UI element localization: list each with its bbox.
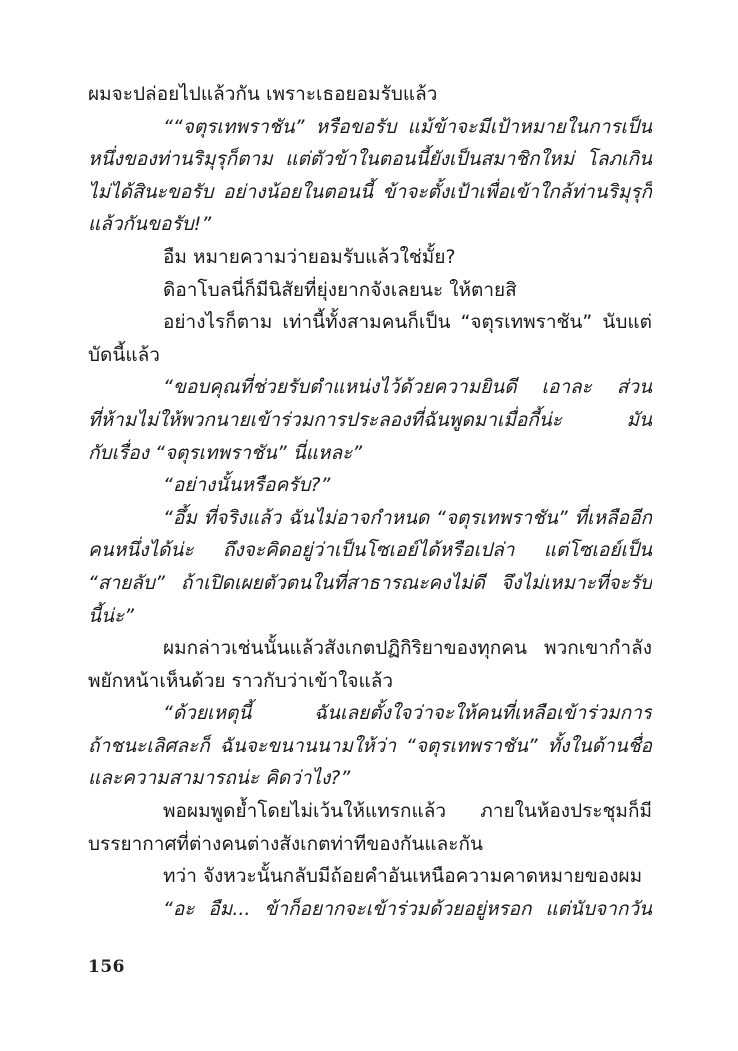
text-line: “อย่างนั้นหรือครับ?” bbox=[88, 469, 652, 502]
text-line: ไม่ได้สินะขอรับ อย่างน้อยในตอนนี้ ข้าจะต… bbox=[88, 176, 652, 209]
text-line: และความสามารถน่ะ คิดว่าไง?” bbox=[88, 762, 652, 795]
text-line: บรรยากาศที่ต่างคนต่างสังเกตท่าทีของกันแล… bbox=[88, 828, 652, 861]
text-line: บัดนี้แล้ว bbox=[88, 339, 652, 372]
text-line: อย่างไรก็ตาม เท่านี้ทั้งสามคนก็เป็น “จตุ… bbox=[88, 306, 652, 339]
text-line: พยักหน้าเห็นด้วย ราวกับว่าเข้าใจแล้ว bbox=[88, 665, 652, 698]
text-line: ดิอาโบลนี่ก็มีนิสัยที่ยุ่งยากจังเลยนะ ให… bbox=[88, 274, 652, 307]
page-number: 156 bbox=[88, 957, 125, 977]
text-line: “อึ้ม ที่จริงแล้ว ฉันไม่อาจกำหนด “จตุรเท… bbox=[88, 502, 652, 535]
text-line: หนึ่งของท่านริมุรุก็ตาม แต่ตัวข้าในตอนนี… bbox=[88, 143, 652, 176]
body-text: ผมจะปล่อยไปแล้วกัน เพราะเธอยอมรับแล้ว““จ… bbox=[88, 78, 652, 925]
book-page: ผมจะปล่อยไปแล้วกัน เพราะเธอยอมรับแล้ว““จ… bbox=[0, 0, 738, 1051]
text-line: ที่ห้ามไม่ให้พวกนายเข้าร่วมการประลองที่ฉ… bbox=[88, 404, 652, 437]
text-line: อืม หมายความว่ายอมรับแล้วใช่มั้ย? bbox=[88, 241, 652, 274]
text-line: นี้น่ะ” bbox=[88, 600, 652, 633]
text-line: ถ้าชนะเลิศละก็ ฉันจะขนานนามให้ว่า “จตุรเ… bbox=[88, 730, 652, 763]
text-line: ทว่า จังหวะนั้นกลับมีถ้อยคำอันเหนือความค… bbox=[88, 860, 652, 893]
text-line: ผมกล่าวเช่นนั้นแล้วสังเกตปฏิกิริยาของทุก… bbox=[88, 632, 652, 665]
text-line: “อะ อืม... ข้าก็อยากจะเข้าร่วมด้วยอยู่หร… bbox=[88, 893, 652, 926]
text-line: แล้วกันขอรับ!” bbox=[88, 208, 652, 241]
text-line: “สายลับ” ถ้าเปิดเผยตัวตนในที่สาธารณะคงไม… bbox=[88, 567, 652, 600]
text-line: ““จตุรเทพราชัน” หรือขอรับ แม้ข้าจะมีเป้า… bbox=[88, 111, 652, 144]
text-line: “ขอบคุณที่ช่วยรับตำแหน่งไว้ด้วยความยินดี… bbox=[88, 371, 652, 404]
text-line: “ด้วยเหตุนี้ ฉันเลยตั้งใจว่าจะให้คนที่เห… bbox=[88, 697, 652, 730]
text-line: คนหนึ่งได้น่ะ ถึงจะคิดอยู่ว่าเป็นโซเอย์ไ… bbox=[88, 534, 652, 567]
text-line: พอผมพูดย้ำโดยไม่เว้นให้แทรกแล้ว ภายในห้อ… bbox=[88, 795, 652, 828]
text-line: กับเรื่อง “จตุรเทพราชัน” นี่แหละ” bbox=[88, 437, 652, 470]
text-line: ผมจะปล่อยไปแล้วกัน เพราะเธอยอมรับแล้ว bbox=[88, 78, 652, 111]
